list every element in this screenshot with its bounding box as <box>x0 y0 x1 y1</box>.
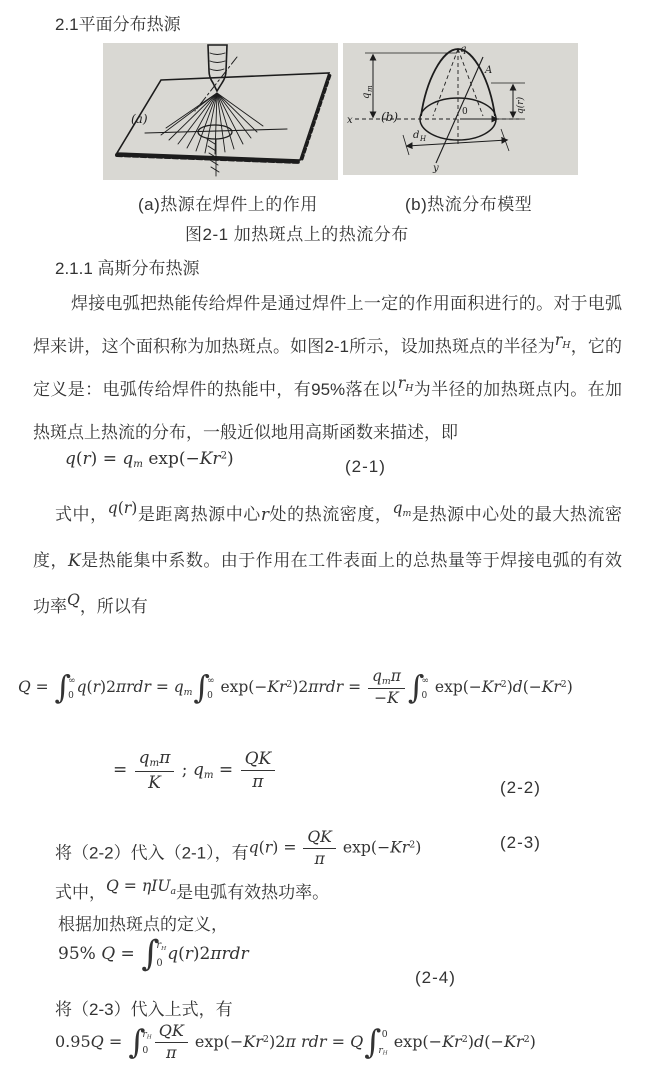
math-r: exp(− <box>338 838 390 857</box>
math-i: Q <box>18 678 31 696</box>
math-i: Kr <box>504 1032 524 1051</box>
math-r: 0 <box>68 691 74 701</box>
math-i: q <box>193 760 204 780</box>
math-i: d <box>513 678 523 696</box>
equation-2-1-label: (2-1) <box>345 457 386 477</box>
figure-b: q q m x A q(r) 0 d H y (b) <box>343 43 578 175</box>
math-i: π <box>166 1043 177 1062</box>
figure-b-caption: (b)热流分布模型 <box>405 190 532 215</box>
math-i: K <box>387 689 399 707</box>
math-r: )2 <box>269 1032 285 1051</box>
figure-a: (a) <box>103 43 338 180</box>
math-i: q <box>77 678 87 696</box>
equation-final: 0.95Q = ∫rH0QKπ exp(−Kr2)2π rdr = Q∫0rH … <box>55 1022 536 1064</box>
math-raise: Q = ηIUa <box>106 878 176 895</box>
math-r: ( <box>76 449 83 469</box>
math-i: Q <box>67 590 80 609</box>
section-heading: 2.1.1 高斯分布热源 <box>55 254 200 279</box>
math-cjk: 将（2-3）代入上式，有 <box>55 1000 233 1019</box>
math-sub: H <box>383 1050 388 1056</box>
figure-title: 图2-1 加热斑点上的热流分布 <box>185 220 409 245</box>
math-i: q <box>139 748 150 768</box>
paragraph-substitute: 将（2-3）代入上式，有 <box>55 995 233 1020</box>
math-int: ∫∞0 <box>55 673 76 703</box>
figure-a-label: (a) <box>131 112 148 126</box>
math-i: r <box>261 505 269 525</box>
math-i: π <box>391 667 401 685</box>
math-sub: m <box>402 508 411 519</box>
math-sub: m <box>150 758 160 769</box>
equation-2-4-label: (2-4) <box>415 968 456 988</box>
math-r: ) <box>530 1032 536 1051</box>
math-r: ) = <box>272 838 301 857</box>
math-sub: m <box>382 676 391 687</box>
math-frac: qmπ−K <box>368 668 405 708</box>
math-r: 0 <box>422 691 428 701</box>
math-r: ∞ <box>68 676 75 686</box>
math-r: = <box>214 760 239 780</box>
dh-label-sub: H <box>419 135 427 143</box>
math-i: q <box>372 667 382 685</box>
equation-2-3-row: 将（2-2）代入（2-1），有q(r) = QKπ exp(−Kr2) <box>55 828 421 869</box>
math-sub: H <box>147 1035 152 1041</box>
equation-derivation: Q = ∫∞0q(r)2πrdr = qm∫∞0 exp(−Kr2)2πrdr … <box>18 668 573 708</box>
math-sub: m <box>184 687 193 698</box>
math-raise: rH <box>555 332 571 349</box>
math-r: − <box>374 689 387 707</box>
heat-flux-model-figure: q q m x A q(r) 0 d H y (b) <box>343 43 578 175</box>
math-r: ) <box>227 449 234 469</box>
math-i: Q <box>101 944 115 964</box>
math-r: )2 <box>100 678 116 696</box>
math-raise: qm <box>392 500 411 517</box>
math-r: exp(− <box>216 678 268 696</box>
math-i: r <box>93 678 100 696</box>
math-raise: Q <box>67 592 80 609</box>
axis-q-label: q <box>460 44 466 55</box>
paragraph-spot-definition: 根据加热斑点的定义， <box>58 910 228 935</box>
math-i: ηIU <box>142 876 171 895</box>
math-i: q <box>65 449 76 469</box>
math-raise: rH <box>398 375 414 392</box>
math-r: 0 <box>156 958 162 969</box>
welding-arc-figure: (a) <box>103 43 338 180</box>
math-r: ∞ <box>207 676 214 686</box>
math-r: ∞ <box>422 676 429 686</box>
math-i: π <box>159 748 170 768</box>
math-frac: QKπ <box>303 828 335 869</box>
math-cjk: 将（2-2）代入（2-1），有 <box>55 844 249 863</box>
math-r: = <box>343 678 366 696</box>
axis-x-label: x <box>347 115 353 126</box>
origin-label: 0 <box>462 107 468 117</box>
math-i: K <box>148 773 161 793</box>
equation-2-3: q(r) = QKπ exp(−Kr2) <box>249 828 422 869</box>
math-i: q <box>108 498 118 517</box>
math-i: Kr <box>243 1032 263 1051</box>
math-i: q <box>392 498 402 517</box>
math-r: exp(− <box>430 678 482 696</box>
axis-y-label: y <box>432 163 439 174</box>
math-i: Kr <box>542 678 561 696</box>
math-i: r <box>83 449 91 469</box>
math-i: q <box>174 678 184 696</box>
math-i: Q <box>350 1032 363 1051</box>
math-r: exp(− <box>389 1032 442 1051</box>
math-r: = <box>327 1032 351 1051</box>
math-i: Kr <box>267 678 286 696</box>
equation-2-2-label: (2-2) <box>500 778 541 798</box>
math-sub: m <box>133 459 143 470</box>
qm-label-base: q <box>361 93 372 99</box>
math-i: QK <box>159 1021 184 1040</box>
math-i: Kr <box>390 838 409 857</box>
math-r: = <box>151 678 174 696</box>
math-r: (− <box>523 678 542 696</box>
equation-2-1: q(r) = qm exp(−Kr2) <box>65 449 234 470</box>
math-r: exp(− <box>143 449 200 469</box>
figure-a-caption: (a)热源在焊件上的作用 <box>138 190 318 215</box>
math-r: = <box>113 760 133 780</box>
math-r: ) <box>567 678 573 696</box>
math-int: ∫∞0 <box>194 673 215 703</box>
math-i: QK <box>245 749 272 769</box>
math-i: Q <box>91 1032 104 1051</box>
paragraph-gauss-intro: 焊接电弧把热能传给焊件是通过焊件上一定的作用面积进行的。对于电弧焊来讲，这个面积… <box>33 282 622 454</box>
math-cjk: 焊接电弧把热能传给焊件是通过焊件上一定的作用面积进行的。对于电弧焊来讲，这个面积… <box>33 294 622 356</box>
math-i: π <box>314 849 324 868</box>
paragraph-symbols: 式中，q(r)是距离热源中心r处的热流密度，qm是热源中心处的最大热流密度，K是… <box>33 492 622 630</box>
math-r: ) = <box>91 449 123 469</box>
equation-2-3-label: (2-3) <box>500 833 541 853</box>
math-i: Kr <box>482 678 501 696</box>
math-i: q <box>167 944 178 964</box>
math-int: ∫0rH <box>364 1027 387 1058</box>
math-r: 0.95 <box>55 1032 91 1051</box>
math-r: (− <box>484 1032 504 1051</box>
math-i: q <box>249 838 259 857</box>
point-a-label: A <box>484 65 492 76</box>
math-raise: q(r) <box>108 500 138 517</box>
math-i: K <box>68 551 81 571</box>
equation-2-3-lead: 将（2-2）代入（2-1），有 <box>55 844 249 863</box>
math-sub: H <box>161 946 166 952</box>
math-int: ∫rH0 <box>141 938 166 971</box>
math-i: q <box>122 449 133 469</box>
math-i: π <box>252 772 263 792</box>
math-i: Q <box>106 876 119 895</box>
math-cjk: 式中， <box>55 505 108 524</box>
math-r: ; <box>176 760 193 780</box>
math-i: d <box>474 1032 484 1051</box>
math-r: exp(− <box>190 1032 243 1051</box>
math-i: QK <box>307 827 331 846</box>
math-r: ( <box>178 944 185 964</box>
math-cjk: 是距离热源中心 <box>137 505 260 524</box>
math-int: ∫rH0 <box>128 1027 151 1058</box>
math-i: Kr <box>442 1032 462 1051</box>
math-i: πrdr <box>116 678 151 696</box>
equation-2-2: = qmπK ; qm = QKπ <box>113 748 277 793</box>
math-r: 0 <box>382 1029 388 1040</box>
math-int: ∫∞0 <box>408 673 429 703</box>
math-r: ) <box>415 838 421 857</box>
math-r: 0 <box>207 691 213 701</box>
math-i: πrdr <box>308 678 343 696</box>
math-i: πrdr <box>210 944 248 964</box>
document-page: 2.1平面分布热源 <box>0 0 652 1077</box>
figure-b-label: (b) <box>381 110 398 124</box>
math-sub: m <box>204 770 214 781</box>
math-r: )2 <box>193 944 210 964</box>
math-i: π rdr <box>285 1032 326 1051</box>
math-frac: QKπ <box>241 749 276 793</box>
qm-label-sub: m <box>366 85 374 92</box>
math-r: )2 <box>292 678 308 696</box>
dh-label-base: d <box>413 130 419 141</box>
math-i: r <box>185 944 193 964</box>
math-r: 95% <box>58 944 101 964</box>
math-i: Kr <box>200 449 221 469</box>
math-sub: H <box>562 340 570 351</box>
math-cjk: 处的热流密度， <box>269 505 392 524</box>
math-cjk: 根据加热斑点的定义， <box>58 915 228 934</box>
math-cjk: 式中， <box>55 883 106 902</box>
math-cjk: ，所以有 <box>80 597 148 616</box>
qr-label: q(r) <box>515 96 526 114</box>
math-frac: qmπK <box>135 748 175 793</box>
math-r: = <box>31 678 54 696</box>
page-title: 2.1平面分布热源 <box>55 10 181 35</box>
paragraph-effective-power: 式中，Q = ηIUa是电弧有效热功率。 <box>55 878 329 903</box>
math-r: 0 <box>142 1045 148 1056</box>
equation-2-4: 95% Q = ∫rH0q(r)2πrdr <box>58 938 249 971</box>
math-r: = <box>119 876 142 895</box>
math-cjk: 是电弧有效热功率。 <box>176 883 329 902</box>
math-frac: QKπ <box>155 1022 188 1064</box>
math-r: = <box>115 944 140 964</box>
math-r: = <box>104 1032 128 1051</box>
